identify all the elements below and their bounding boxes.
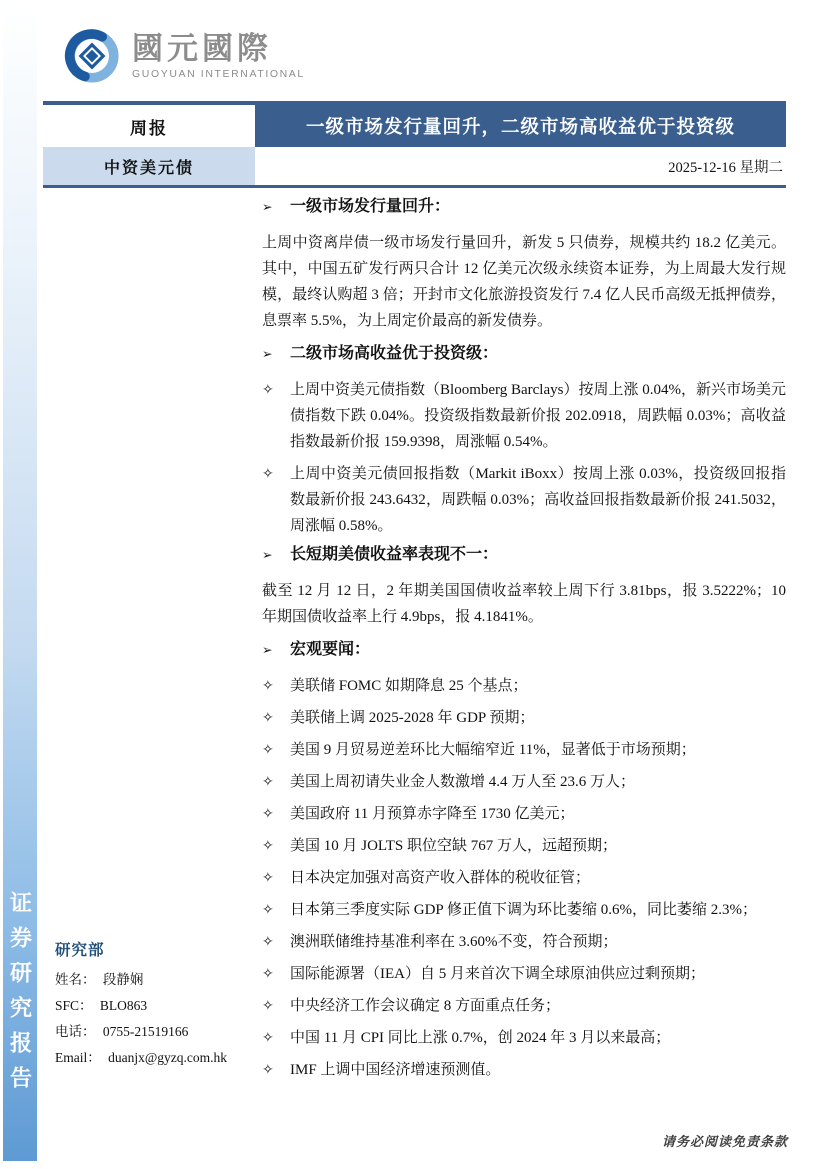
report-header-table: 周报 一级市场发行量回升，二级市场高收益优于投资级 中资美元债 2025-12-…: [43, 101, 786, 188]
contact-label: Email：: [55, 1050, 101, 1065]
section-heading-text: 一级市场发行量回升：: [290, 197, 450, 217]
contact-value: 段静娴: [103, 972, 144, 987]
bullet-item: ✧ 美国政府 11 月预算赤字降至 1730 亿美元；: [262, 801, 786, 827]
bullet-item: ✧ 日本第三季度实际 GDP 修正值下调为环比萎缩 0.6%，同比萎缩 2.3%…: [262, 897, 786, 923]
body-paragraph: 截至 12 月 12 日，2 年期美国国债收益率较上周下行 3.81bps，报 …: [262, 578, 786, 630]
section-heading-text: 长短期美债收益率表现不一：: [290, 545, 498, 565]
bullet-text: 国际能源署（IEA）自 5 月来首次下调全球原油供应过剩预期；: [290, 961, 786, 987]
contact-value: BLO863: [100, 998, 147, 1013]
bullet-item: ✧ 日本决定加强对高资产收入群体的税收征管；: [262, 865, 786, 891]
diamond-bullet-icon: ✧: [262, 769, 290, 795]
section-heading: ➢ 宏观要闻：: [262, 640, 786, 660]
logo-mark-icon: [60, 24, 124, 88]
contact-block: 研究部 姓名： 段静娴 SFC： BLO863 电话： 0755-2151916…: [55, 938, 267, 1071]
bullet-item: ✧ 上周中资美元债指数（Bloomberg Barclays）按周上涨 0.04…: [262, 377, 786, 455]
bullet-text: 上周中资美元债回报指数（Markit iBoxx）按周上涨 0.03%，投资级回…: [290, 461, 786, 539]
bullet-item: ✧ 中国 11 月 CPI 同比上涨 0.7%，创 2024 年 3 月以来最高…: [262, 1025, 786, 1051]
contact-row: SFC： BLO863: [55, 993, 267, 1019]
header-category-row: 中资美元债 2025-12-16 星期二: [43, 147, 786, 185]
bullet-text: 中央经济工作会议确定 8 方面重点任务；: [290, 993, 786, 1019]
contact-value: duanjx@gyzq.com.hk: [108, 1050, 227, 1065]
bullet-item: ✧ 澳洲联储维持基准利率在 3.60%不变，符合预期；: [262, 929, 786, 955]
section-heading: ➢ 一级市场发行量回升：: [262, 197, 786, 217]
bullet-item: ✧ 上周中资美元债回报指数（Markit iBoxx）按周上涨 0.03%，投资…: [262, 461, 786, 539]
sidebar-vertical-title: 证券研究报告: [5, 891, 36, 1101]
bullet-item: ✧ 中央经济工作会议确定 8 方面重点任务；: [262, 993, 786, 1019]
section-heading-text: 宏观要闻：: [290, 640, 370, 660]
bullet-item: ✧ 美联储 FOMC 如期降息 25 个基点；: [262, 673, 786, 699]
contact-value: 0755-21519166: [103, 1024, 189, 1039]
arrow-bullet-icon: ➢: [262, 344, 290, 364]
bullet-text: 中国 11 月 CPI 同比上涨 0.7%，创 2024 年 3 月以来最高；: [290, 1025, 786, 1051]
bullet-text: 日本第三季度实际 GDP 修正值下调为环比萎缩 0.6%，同比萎缩 2.3%；: [290, 897, 786, 923]
arrow-bullet-icon: ➢: [262, 640, 290, 660]
header-bottom-rule: [43, 185, 786, 188]
report-body: ➢ 一级市场发行量回升： 上周中资离岸债一级市场发行量回升，新发 5 只债券，规…: [262, 194, 786, 1089]
sidebar-gradient-bar: 证券研究报告: [3, 8, 37, 1161]
bullet-item: ✧ 美国 9 月贸易逆差环比大幅缩窄近 11%，显著低于市场预期；: [262, 737, 786, 763]
contact-label: 电话：: [55, 1024, 96, 1039]
bullet-text: 美联储 FOMC 如期降息 25 个基点；: [290, 673, 786, 699]
bullet-text: 日本决定加强对高资产收入群体的税收征管；: [290, 865, 786, 891]
bullet-text: 美国上周初请失业金人数激增 4.4 万人至 23.6 万人；: [290, 769, 786, 795]
diamond-bullet-icon: ✧: [262, 737, 290, 763]
diamond-bullet-icon: ✧: [262, 865, 290, 891]
contact-label: SFC：: [55, 998, 93, 1013]
company-logo: 國元國際 GUOYUAN INTERNATIONAL: [60, 24, 305, 88]
contact-rows: 姓名： 段静娴 SFC： BLO863 电话： 0755-21519166 Em…: [55, 967, 267, 1071]
diamond-bullet-icon: ✧: [262, 673, 290, 699]
disclaimer-note: 请务必阅读免责条款: [662, 1131, 788, 1150]
diamond-bullet-icon: ✧: [262, 833, 290, 859]
bullet-item: ✧ 美联储上调 2025-2028 年 GDP 预期；: [262, 705, 786, 731]
bullet-item: ✧ 国际能源署（IEA）自 5 月来首次下调全球原油供应过剩预期；: [262, 961, 786, 987]
diamond-bullet-icon: ✧: [262, 897, 290, 923]
bullet-text: 上周中资美元债指数（Bloomberg Barclays）按周上涨 0.04%，…: [290, 377, 786, 455]
report-date: 2025-12-16 星期二: [255, 147, 786, 185]
contact-row: 姓名： 段静娴: [55, 967, 267, 993]
report-title: 一级市场发行量回升，二级市场高收益优于投资级: [255, 105, 786, 147]
contact-row: 电话： 0755-21519166: [55, 1019, 267, 1045]
bullet-text: 美国政府 11 月预算赤字降至 1730 亿美元；: [290, 801, 786, 827]
logo-company-name-en: GUOYUAN INTERNATIONAL: [132, 68, 305, 80]
department-title: 研究部: [55, 938, 267, 960]
arrow-bullet-icon: ➢: [262, 197, 290, 217]
report-type-cell: 周报: [43, 105, 255, 147]
bullet-text: 美国 9 月贸易逆差环比大幅缩窄近 11%，显著低于市场预期；: [290, 737, 786, 763]
diamond-bullet-icon: ✧: [262, 801, 290, 827]
bullet-item: ✧ 美国 10 月 JOLTS 职位空缺 767 万人，远超预期；: [262, 833, 786, 859]
bullet-text: 澳洲联储维持基准利率在 3.60%不变，符合预期；: [290, 929, 786, 955]
bullet-text: IMF 上调中国经济增速预测值。: [290, 1057, 786, 1083]
arrow-bullet-icon: ➢: [262, 545, 290, 565]
logo-text-block: 國元國際 GUOYUAN INTERNATIONAL: [132, 32, 305, 80]
diamond-bullet-icon: ✧: [262, 377, 290, 455]
diamond-bullet-icon: ✧: [262, 705, 290, 731]
body-paragraph: 上周中资离岸债一级市场发行量回升，新发 5 只债券，规模共约 18.2 亿美元。…: [262, 230, 786, 334]
section-heading: ➢ 二级市场高收益优于投资级：: [262, 344, 786, 364]
bullet-item: ✧ IMF 上调中国经济增速预测值。: [262, 1057, 786, 1083]
section-heading-text: 二级市场高收益优于投资级：: [290, 344, 498, 364]
bullet-text: 美国 10 月 JOLTS 职位空缺 767 万人，远超预期；: [290, 833, 786, 859]
bullet-item: ✧ 美国上周初请失业金人数激增 4.4 万人至 23.6 万人；: [262, 769, 786, 795]
logo-company-name-cn: 國元國際: [132, 32, 305, 66]
report-category-cell: 中资美元债: [43, 147, 255, 185]
header-title-row: 周报 一级市场发行量回升，二级市场高收益优于投资级: [43, 105, 786, 147]
bullet-text: 美联储上调 2025-2028 年 GDP 预期；: [290, 705, 786, 731]
contact-row: Email： duanjx@gyzq.com.hk: [55, 1045, 267, 1071]
report-category-label: 中资美元债: [104, 155, 194, 178]
section-heading: ➢ 长短期美债收益率表现不一：: [262, 545, 786, 565]
diamond-bullet-icon: ✧: [262, 461, 290, 539]
contact-label: 姓名：: [55, 972, 96, 987]
report-type-label: 周报: [130, 114, 168, 139]
